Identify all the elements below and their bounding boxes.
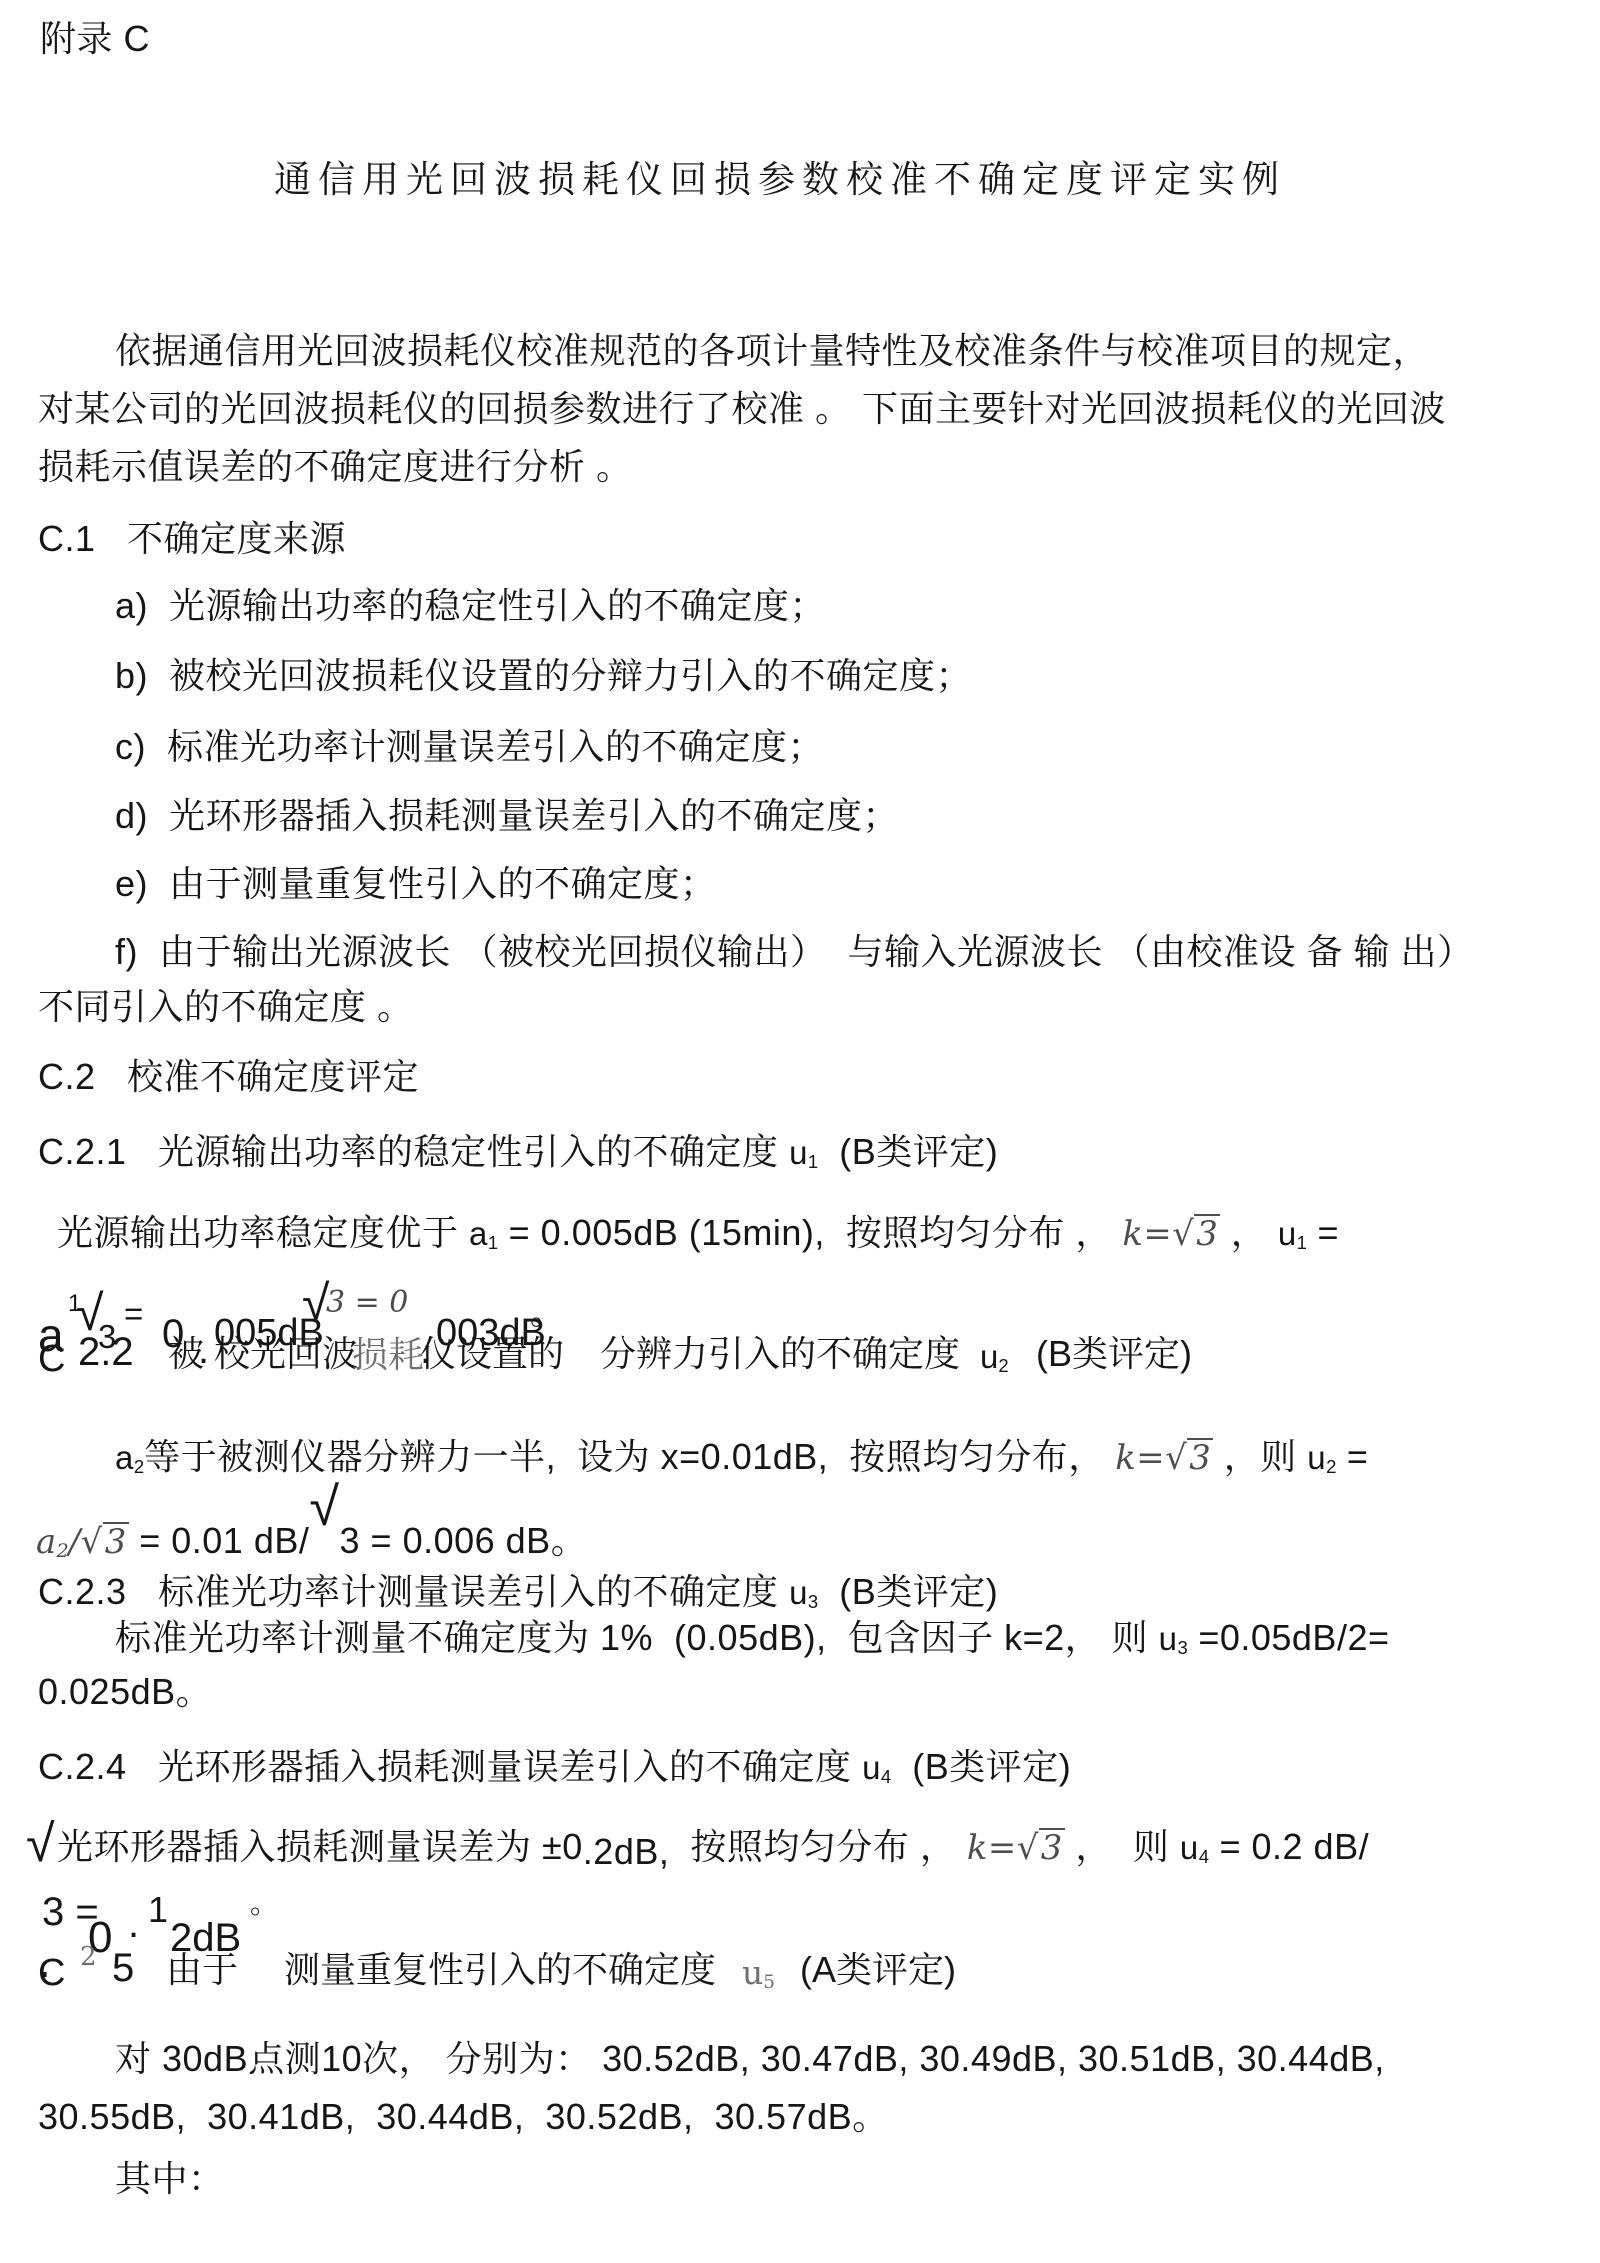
a1-symbol: a1 <box>469 1215 498 1252</box>
c25-heading-part: 由于 <box>166 1952 238 1988</box>
k-sqrt3-math: k=√3 <box>1122 1214 1220 1253</box>
u4-symbol: u4 <box>1180 1829 1209 1866</box>
c22-heading-tag: (B类评定) <box>1036 1336 1192 1372</box>
u2-symbol: u2 <box>980 1340 1009 1373</box>
u2-symbol: u2 <box>1307 1439 1336 1476</box>
a2-over-sqrt3-math: a2/√3 <box>36 1522 129 1562</box>
c25-heading-tag: (A类评定) <box>800 1952 956 1988</box>
k-sqrt3-math: k=√3 <box>1115 1438 1213 1477</box>
radical-icon: √ <box>26 1818 55 1870</box>
document-page: 附录 C 通信用光回波损耗仪回损参数校准不确定度评定实例 依据通信用光回波损耗仪… <box>0 0 1600 2263</box>
c22-formula: a2/√3 = 0.01 dB/√3 = 0.006 dB。 <box>36 1474 587 1538</box>
c24-paragraph: 光环形器插入损耗测量误差为 ±0.2dB, 按照均匀分布 ， k=√3 ， 则 … <box>57 1826 1369 1868</box>
c21-paragraph: 光源输出功率稳定度优于 a1 = 0.005dB (15min), 按照均匀分布… <box>57 1212 1339 1254</box>
c22-heading-part: 分辨力引入的不确定度 <box>600 1336 970 1372</box>
radical-icon: √ <box>1165 1438 1187 1477</box>
u1-symbol: u1 <box>789 1134 818 1171</box>
formula-fragment: . <box>128 1904 139 1944</box>
radical-icon: √ <box>309 1476 339 1540</box>
c21-heading-tag: (B类评定) <box>818 1131 998 1172</box>
section-c21-heading: C.2.1 光源输出功率的稳定性引入的不确定度 u1 (B类评定) <box>38 1131 998 1173</box>
c25-paragraph-line1: 对 30dB点测10次， 分别为： 30.52dB, 30.47dB, 30.4… <box>115 2038 1385 2080</box>
page-title: 通信用光回波损耗仪回损参数校准不确定度评定实例 <box>30 158 1530 202</box>
a2-symbol: a2 <box>115 1439 144 1476</box>
c23-paragraph-line2: 0.025dB。 <box>38 1671 212 1713</box>
c22-heading-part: 2.2 <box>78 1332 134 1372</box>
c25-paragraph-line2: 30.55dB, 30.41dB, 30.44dB, 30.52dB, 30.5… <box>38 2096 889 2138</box>
u3-symbol: u3 <box>1159 1620 1188 1657</box>
intro-line-1: 依据通信用光回波损耗仪校准规范的各项计量特性及校准条件与校准项目的规定， <box>115 330 1429 372</box>
section-c24-heading: C.2.4 光环形器插入损耗测量误差引入的不确定度 u4 (B类评定) <box>38 1746 1071 1788</box>
u4-symbol: u4 <box>862 1749 891 1786</box>
section-c1-heading: C.1 不确定度来源 <box>38 518 346 560</box>
c22-heading-part: 仪设置的 <box>420 1336 564 1372</box>
u5-symbol: u5 <box>742 1956 775 1989</box>
c23-paragraph-line1: 标准光功率计测量不确定度为 1% (0.05dB), 包含因子 k=2， 则 u… <box>115 1617 1389 1659</box>
c25-heading-part: 测量重复性引入的不确定度 <box>284 1952 726 1988</box>
c25-paragraph-tail: 其中： <box>115 2158 225 2200</box>
radical-icon: √ <box>81 1522 103 1561</box>
c22-paragraph: a2等于被测仪器分辨力一半, 设为 x=0.01dB, 按照均匀分布， k=√3… <box>115 1436 1368 1478</box>
list-item-f-continued: 不同引入的不确定度 。 <box>38 986 414 1028</box>
formula-fragment: = <box>124 1297 143 1330</box>
formula-fragment: 3 = 0 <box>326 1288 408 1318</box>
list-item-f: f) 由于输出光源波长 （被校光回损仪输出） 与输入光源波长 （由校准设 备 输… <box>115 931 1474 973</box>
formula-fragment: 1 <box>148 1892 168 1928</box>
radical-icon: √ <box>1017 1828 1039 1867</box>
radical-icon: √ <box>1172 1214 1194 1253</box>
u3-symbol: u3 <box>789 1574 818 1611</box>
c25-heading-part: C <box>38 1954 65 1992</box>
list-item-c: c) 标准光功率计测量误差引入的不确定度； <box>115 726 824 768</box>
section-c2-heading: C.2 校准不确定度评定 <box>38 1056 419 1098</box>
list-item-d: d) 光环形器插入损耗测量误差引入的不确定度； <box>115 795 899 837</box>
list-item-b: b) 被校光回波损耗仪设置的分辩力引入的不确定度； <box>115 655 972 697</box>
u1-symbol: u1 <box>1278 1215 1307 1252</box>
k-sqrt3-math: k=√3 <box>967 1828 1065 1867</box>
list-item-a: a) 光源输出功率的稳定性引入的不确定度； <box>115 585 826 627</box>
c22-heading-part: C <box>38 1340 65 1378</box>
c22-heading-part: 损耗 <box>352 1338 424 1374</box>
intro-line-3: 损耗示值误差的不确定度进行分析 。 <box>38 446 633 488</box>
c25-heading-part: 5 <box>112 1948 134 1988</box>
formula-fragment: 。 <box>250 1890 278 1918</box>
formula-fragment: 。 <box>530 1296 564 1330</box>
appendix-label: 附录 C <box>40 18 150 60</box>
section-c23-heading: C.2.3 标准光功率计测量误差引入的不确定度 u3 (B类评定) <box>38 1571 998 1613</box>
intro-line-2: 对某公司的光回波损耗仪的回损参数进行了校准 。 下面主要针对光回波损耗仪的光回波 <box>38 388 1446 430</box>
list-item-e: e) 由于测量重复性引入的不确定度； <box>115 863 717 905</box>
c22-heading-part: 被 校光回波 <box>168 1336 358 1372</box>
c25-heading-part: 2 <box>80 1944 97 1970</box>
c21-heading-text: C.2.1 光源输出功率的稳定性引入的不确定度 <box>38 1131 789 1172</box>
